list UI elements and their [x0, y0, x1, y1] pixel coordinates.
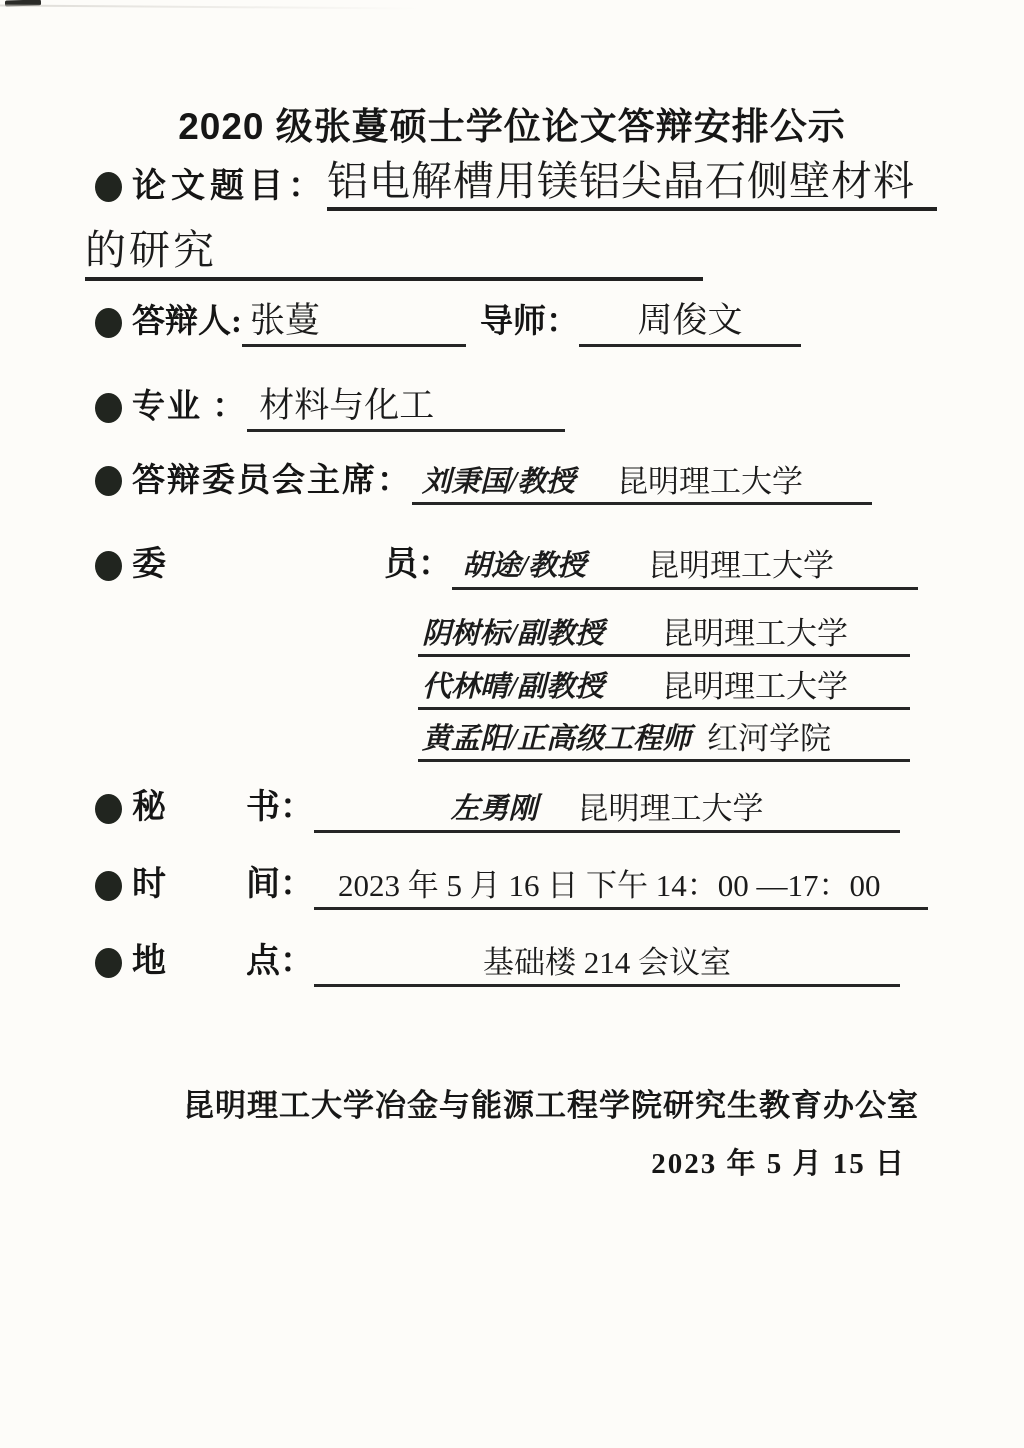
committee-member-entry: 代林晴/副教授 昆明理工大学	[418, 667, 910, 710]
committee-member-entry: 黄孟阳/正高级工程师 红河学院	[418, 719, 910, 762]
thesis-label: 论文题目：	[132, 166, 327, 209]
page-title: 2020 级张蔓硕士学位论文答辩安排公示	[0, 96, 1024, 150]
advisor-label: 导师：	[480, 302, 579, 343]
bullet-icon	[95, 393, 122, 423]
place-row: 地 点： 基础楼 214 会议室	[95, 941, 900, 987]
scanned-announcement-page: 2020 级张蔓硕士学位论文答辩安排公示 论文题目： 铝电解槽用镁铝尖晶石侧壁材…	[0, 0, 1024, 1448]
thesis-value-line1: 铝电解槽用镁铝尖晶石侧壁材料	[327, 156, 937, 211]
major-row: 专业 ： 材料与化工	[95, 383, 565, 432]
chair-row: 答辩委员会主席： 刘秉国/教授 昆明理工大学	[95, 461, 872, 505]
chair-org: 昆明理工大学	[617, 462, 803, 502]
bullet-icon	[95, 948, 122, 978]
secretary-name: 左勇刚	[450, 790, 537, 829]
secretary-label: 秘 书：	[132, 787, 314, 830]
chair-label: 答辩委员会主席：	[132, 461, 412, 502]
place-label: 地 点：	[132, 941, 314, 984]
footer-date: 2023 年 5 月 15 日	[651, 1141, 906, 1182]
member-org: 昆明理工大学	[662, 614, 848, 654]
committee-label: 委 员：	[132, 544, 452, 587]
defender-label: 答辩人:	[132, 302, 242, 343]
bullet-icon	[95, 172, 122, 202]
member-org: 昆明理工大学	[648, 546, 834, 586]
committee-label-left: 委	[132, 544, 166, 587]
secretary-row: 秘 书： 左勇刚 昆明理工大学	[95, 787, 900, 833]
member-name: 黄孟阳/正高级工程师	[422, 720, 691, 759]
committee-row: 委 员： 胡途/教授 昆明理工大学	[95, 544, 918, 590]
committee-member-row: 代林晴/副教授 昆明理工大学	[418, 667, 910, 710]
bullet-icon	[95, 308, 122, 338]
chair-entry: 刘秉国/教授 昆明理工大学	[412, 462, 872, 505]
advisor-value: 周俊文	[579, 298, 801, 347]
committee-member-row: 黄孟阳/正高级工程师 红河学院	[418, 719, 910, 762]
thesis-value-line2: 的研究	[85, 224, 703, 281]
member-org: 昆明理工大学	[662, 667, 848, 707]
footer-office: 昆明理工大学冶金与能源工程学院研究生教育办公室	[183, 1080, 919, 1125]
place-value: 基础楼 214 会议室	[314, 943, 900, 986]
time-label-left: 时	[132, 864, 166, 907]
member-org: 红河学院	[707, 719, 831, 759]
bullet-icon	[95, 551, 122, 581]
scan-edge-shadow	[0, 5, 420, 10]
defender-value: 张蔓	[242, 298, 466, 347]
secretary-org: 昆明理工大学	[578, 789, 764, 829]
bullet-icon	[95, 871, 122, 901]
committee-member-entry: 胡途/教授 昆明理工大学	[452, 546, 918, 589]
secretary-label-right: 书：	[246, 787, 314, 830]
member-name: 阴树标/副教授	[422, 615, 604, 654]
defender-advisor-row: 答辩人: 张蔓 导师： 周俊文	[95, 298, 801, 347]
secretary-label-left: 秘	[132, 787, 166, 830]
member-name: 胡途/教授	[462, 547, 586, 586]
time-row: 时 间： 2023 年 5 月 16 日 下午 14：00 —17：00	[95, 864, 928, 910]
place-label-left: 地	[132, 941, 166, 984]
major-value: 材料与化工	[247, 383, 565, 432]
committee-member-row: 阴树标/副教授 昆明理工大学	[418, 614, 910, 657]
bullet-icon	[95, 466, 122, 496]
time-label: 时 间：	[132, 864, 314, 907]
thesis-title-row: 论文题目： 铝电解槽用镁铝尖晶石侧壁材料	[95, 156, 937, 211]
committee-member-entry: 阴树标/副教授 昆明理工大学	[418, 614, 910, 657]
time-label-right: 间：	[246, 864, 314, 907]
time-value: 2023 年 5 月 16 日 下午 14：00 —17：00	[314, 866, 928, 909]
chair-name: 刘秉国/教授	[422, 463, 575, 502]
secretary-entry: 左勇刚 昆明理工大学	[314, 789, 900, 832]
major-label: 专业 ：	[132, 387, 247, 428]
thesis-title-continuation-row: 的研究	[85, 224, 703, 281]
committee-label-right: 员：	[384, 544, 452, 587]
bullet-icon	[95, 794, 122, 824]
place-label-right: 点：	[246, 941, 314, 984]
member-name: 代林晴/副教授	[422, 668, 604, 707]
